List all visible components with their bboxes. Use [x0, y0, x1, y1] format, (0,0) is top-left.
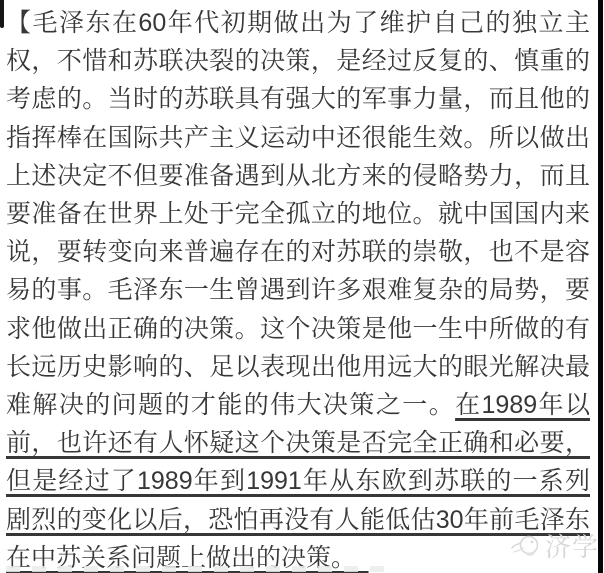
text-segment: 求他做出正确的决策。这个决策是他一生中所做的有	[6, 315, 590, 343]
text-line: 【毛泽东在60年代初期做出为了维护自己的独立主	[6, 4, 590, 42]
text-segment: 说，要转变向来普遍存在的对苏联的崇敬，也不是容	[6, 238, 590, 266]
text-segment: 要准备在世界上处于完全孤立的地位。就中国国内来	[6, 200, 590, 228]
text-segment: 考虑的。当时的苏联具有强大的军事力量，而且他的	[6, 85, 590, 113]
text-line: 难解决的问题的才能的伟大决策之一。在1989年以	[6, 386, 590, 424]
text-line: 但是经过了1989年到1991年从东欧到苏联的一系列	[6, 462, 590, 500]
text-segment: 易的事。毛泽东一生曾遇到许多艰难复杂的局势，要	[6, 276, 590, 304]
text-segment: 指挥棒在国际共产主义运动中还很能生效。所以做出	[6, 124, 590, 152]
text-line: 易的事。毛泽东一生曾遇到许多艰难复杂的局势，要	[6, 271, 590, 309]
text-segment: 难解决的问题的才能的伟大决策之一。	[6, 391, 455, 419]
right-edge-bar	[598, 0, 603, 573]
text-line: 考虑的。当时的苏联具有强大的军事力量，而且他的	[6, 80, 590, 118]
bird-logo-icon	[510, 531, 542, 561]
text-segment: 上述决定不但要准备遇到从北方来的侵略势力，而且	[6, 162, 590, 190]
text-line: 上述决定不但要准备遇到从北方来的侵略势力，而且	[6, 157, 590, 195]
underlined-text-segment: 在1989年以	[455, 391, 590, 419]
text-line: 求他做出正确的决策。这个决策是他一生中所做的有	[6, 310, 590, 348]
text-segment: 长远历史影响的、足以表现出他用远大的眼光解决最	[6, 353, 590, 381]
watermark-label: 济学	[545, 527, 599, 564]
text-line: 权，不惜和苏联决裂的决策，是经过反复的、慎重的	[6, 42, 590, 80]
text-line: 剧烈的变化以后，恐怕再没有人能低估30年前毛泽东	[6, 501, 590, 539]
article-page: 【毛泽东在60年代初期做出为了维护自己的独立主权，不惜和苏联决裂的决策，是经过反…	[0, 0, 604, 573]
text-line: 前，也许还有人怀疑这个决策是否完全正确和必要，	[6, 424, 590, 462]
underlined-text-segment: 前，也许还有人怀疑这个决策是否完全正确和必要，	[6, 429, 590, 457]
text-line: 要准备在世界上处于完全孤立的地位。就中国国内来	[6, 195, 590, 233]
watermark: 济学	[510, 527, 599, 564]
text-line: 说，要转变向来普遍存在的对苏联的崇敬，也不是容	[6, 233, 590, 271]
underlined-text-segment: 但是经过了1989年到1991年从东欧到苏联的一系列	[6, 467, 590, 495]
text-segment: 权，不惜和苏联决裂的决策，是经过反复的、慎重的	[6, 47, 590, 75]
top-left-crop-mark	[0, 0, 4, 28]
text-segment: 【毛泽东在60年代初期做出为了维护自己的独立主	[6, 9, 590, 37]
next-line-ghost	[6, 566, 386, 572]
text-line: 指挥棒在国际共产主义运动中还很能生效。所以做出	[6, 119, 590, 157]
text-line: 长远历史影响的、足以表现出他用远大的眼光解决最	[6, 348, 590, 386]
underlined-text-segment: 剧烈的变化以后，恐怕再没有人能低估30年前毛泽东	[6, 506, 590, 534]
text-block: 【毛泽东在60年代初期做出为了维护自己的独立主权，不惜和苏联决裂的决策，是经过反…	[0, 0, 604, 573]
